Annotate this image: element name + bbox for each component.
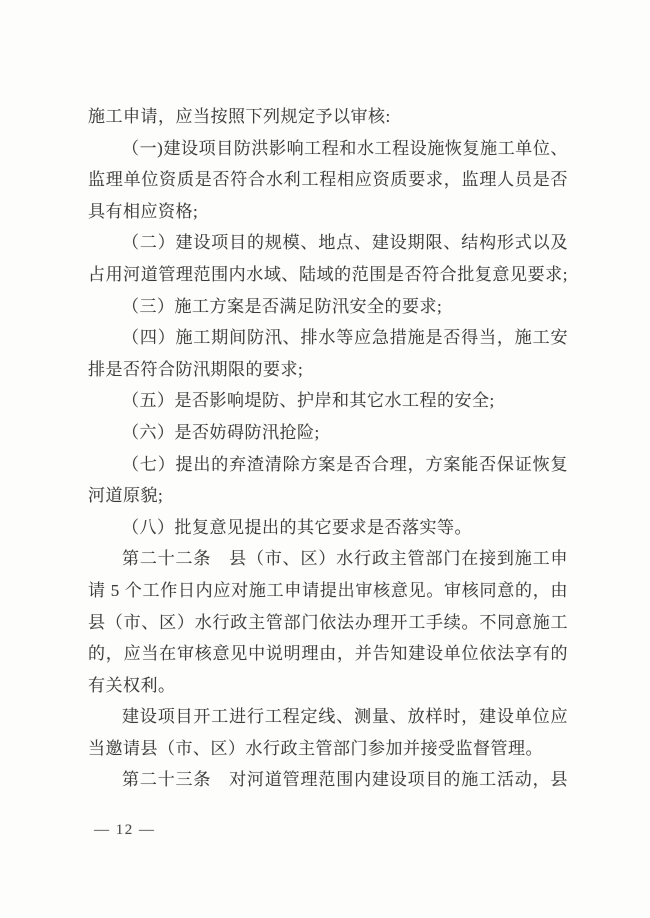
text-line: 的，应当在审核意见中说明理由，并告知建设单位依法享有的 xyxy=(88,638,568,670)
text-line: 建设项目开工进行工程定线、测量、放样时，建设单位应 xyxy=(88,701,568,733)
text-line: （八）批复意见提出的其它要求是否落实等。 xyxy=(88,512,568,544)
document-page: 施工申请，应当按照下列规定予以审核:（一)建设项目防洪影响工程和水工程设施恢复施… xyxy=(0,0,650,918)
page-number: — 12 — xyxy=(94,822,156,839)
text-line: 监理单位资质是否符合水利工程相应资质要求，监理人员是否 xyxy=(88,164,568,196)
text-line: （三）施工方案是否满足防汛安全的要求; xyxy=(88,291,568,323)
text-line: 施工申请，应当按照下列规定予以审核: xyxy=(88,101,568,133)
text-line: （五）是否影响堤防、护岸和其它水工程的安全; xyxy=(88,385,568,417)
text-line: 第二十二条 县（市、区）水行政主管部门在接到施工申 xyxy=(88,543,568,575)
text-line: 排是否符合防汛期限的要求; xyxy=(88,354,568,386)
text-line: 县（市、区）水行政主管部门依法办理开工手续。不同意施工 xyxy=(88,607,568,639)
text-line: （六）是否妨碍防汛抢险; xyxy=(88,417,568,449)
text-line: （四）施工期间防汛、排水等应急措施是否得当，施工安 xyxy=(88,322,568,354)
text-line: （七）提出的弃渣清除方案是否合理，方案能否保证恢复 xyxy=(88,449,568,481)
text-line: 有关权利。 xyxy=(88,670,568,702)
text-line: 河道原貌; xyxy=(88,480,568,512)
text-line: （二）建设项目的规模、地点、建设期限、结构形式以及 xyxy=(88,227,568,259)
document-body: 施工申请，应当按照下列规定予以审核:（一)建设项目防洪影响工程和水工程设施恢复施… xyxy=(88,101,568,796)
text-line: 占用河道管理范围内水域、陆域的范围是否符合批复意见要求; xyxy=(88,259,568,291)
text-line: 请 5 个工作日内应对施工申请提出审核意见。审核同意的，由 xyxy=(88,575,568,607)
text-line: 具有相应资格; xyxy=(88,196,568,228)
text-line: （一)建设项目防洪影响工程和水工程设施恢复施工单位、 xyxy=(88,133,568,165)
text-line: 当邀请县（市、区）水行政主管部门参加并接受监督管理。 xyxy=(88,733,568,765)
text-line: 第二十三条 对河道管理范围内建设项目的施工活动，县 xyxy=(88,764,568,796)
